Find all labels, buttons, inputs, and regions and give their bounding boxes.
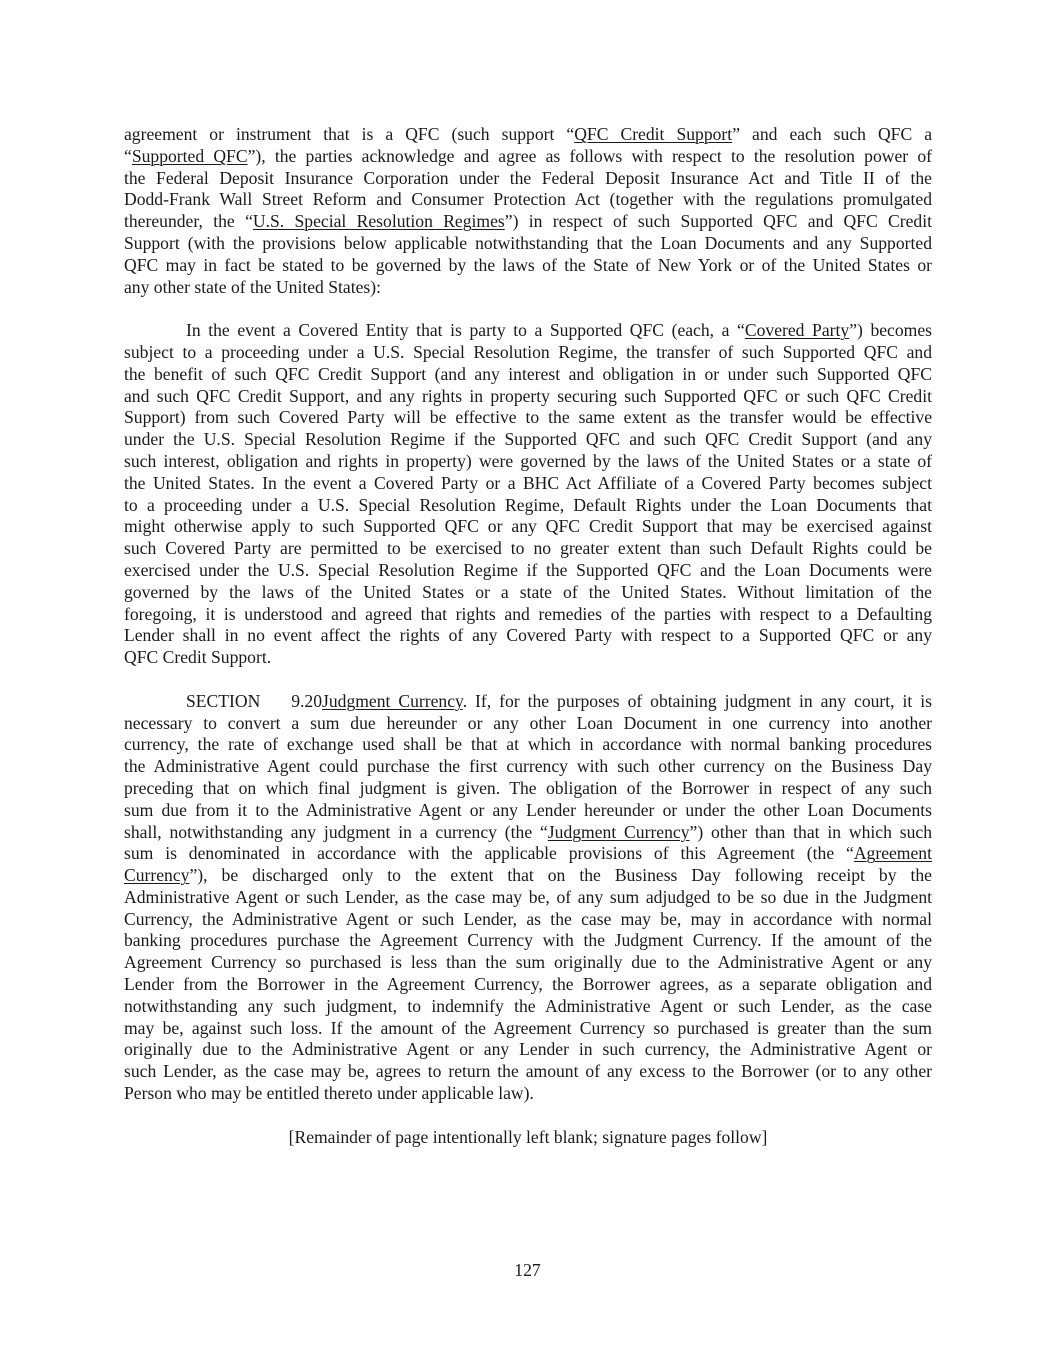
text-line: SECTION 9.20Judgment Currency. If, for t…: [124, 691, 932, 713]
text-line: banking procedures purchase the Agreemen…: [124, 930, 932, 952]
text-line: Support (with the provisions below appli…: [124, 233, 932, 255]
text-line: under the U.S. Special Resolution Regime…: [124, 429, 932, 451]
text-line: might otherwise apply to such Supported …: [124, 516, 932, 538]
text-line: exercised under the U.S. Special Resolut…: [124, 560, 932, 582]
text-line: agreement or instrument that is a QFC (s…: [124, 124, 932, 146]
text-line: the Administrative Agent could purchase …: [124, 756, 932, 778]
text-line: Agreement Currency so purchased is less …: [124, 952, 932, 974]
closing-note: [Remainder of page intentionally left bl…: [124, 1127, 932, 1149]
text-line: QFC Credit Support.: [124, 647, 932, 669]
text-line: Person who may be entitled thereto under…: [124, 1083, 932, 1105]
defined-term: Currency: [124, 865, 189, 885]
text-line: originally due to the Administrative Age…: [124, 1039, 932, 1061]
text-line: preceding that on which final judgment i…: [124, 778, 932, 800]
page-number: 127: [0, 1259, 1055, 1281]
text-line: QFC may in fact be stated to be governed…: [124, 255, 932, 277]
text-line: Dodd-Frank Wall Street Reform and Consum…: [124, 189, 932, 211]
document-page: agreement or instrument that is a QFC (s…: [124, 124, 932, 1148]
paragraph-section-9-20: SECTION 9.20Judgment Currency. If, for t…: [124, 691, 932, 1105]
defined-term: U.S. Special Resolution Regimes: [253, 211, 505, 231]
defined-term: Supported QFC: [132, 146, 248, 166]
text-line: foregoing, it is understood and agreed t…: [124, 604, 932, 626]
text-line: to a proceeding under a U.S. Special Res…: [124, 495, 932, 517]
paragraph-covered-party: In the event a Covered Entity that is pa…: [124, 320, 932, 669]
text-line: “Supported QFC”), the parties acknowledg…: [124, 146, 932, 168]
paragraph-spacer: [124, 669, 932, 691]
text-line: such Covered Party are permitted to be e…: [124, 538, 932, 560]
defined-term: QFC Credit Support: [574, 124, 732, 144]
text-line: In the event a Covered Entity that is pa…: [124, 320, 932, 342]
text-line: Lender from the Borrower in the Agreemen…: [124, 974, 932, 996]
text-line: sum is denominated in accordance with th…: [124, 843, 932, 865]
text-line: such interest, obligation and rights in …: [124, 451, 932, 473]
text-line: such Lender, as the case may be, agrees …: [124, 1061, 932, 1083]
section-title: Judgment Currency: [322, 691, 463, 711]
paragraph-spacer: [124, 1105, 932, 1127]
text-line: the Federal Deposit Insurance Corporatio…: [124, 168, 932, 190]
text-line: any other state of the United States):: [124, 277, 932, 299]
text-line: Lender shall in no event affect the righ…: [124, 625, 932, 647]
paragraph-spacer: [124, 298, 932, 320]
paragraph-qfc-intro: agreement or instrument that is a QFC (s…: [124, 124, 932, 298]
defined-term: Agreement: [854, 843, 932, 863]
text-line: and such QFC Credit Support, and any rig…: [124, 386, 932, 408]
defined-term: Judgment Currency: [548, 822, 690, 842]
text-line: the United States. In the event a Covere…: [124, 473, 932, 495]
text-line: subject to a proceeding under a U.S. Spe…: [124, 342, 932, 364]
text-line: Currency”), be discharged only to the ex…: [124, 865, 932, 887]
text-line: the benefit of such QFC Credit Support (…: [124, 364, 932, 386]
text-line: Support) from such Covered Party will be…: [124, 407, 932, 429]
text-line: Administrative Agent or such Lender, as …: [124, 887, 932, 909]
text-line: necessary to convert a sum due hereunder…: [124, 713, 932, 735]
text-line: shall, notwithstanding any judgment in a…: [124, 822, 932, 844]
text-line: currency, the rate of exchange used shal…: [124, 734, 932, 756]
text-line: governed by the laws of the United State…: [124, 582, 932, 604]
text-line: notwithstanding any such judgment, to in…: [124, 996, 932, 1018]
defined-term: Covered Party: [745, 320, 849, 340]
text-line: thereunder, the “U.S. Special Resolution…: [124, 211, 932, 233]
text-line: sum due from it to the Administrative Ag…: [124, 800, 932, 822]
section-number: SECTION 9.20: [186, 691, 322, 713]
text-line: Currency, the Administrative Agent or su…: [124, 909, 932, 931]
text-line: may be, against such loss. If the amount…: [124, 1018, 932, 1040]
